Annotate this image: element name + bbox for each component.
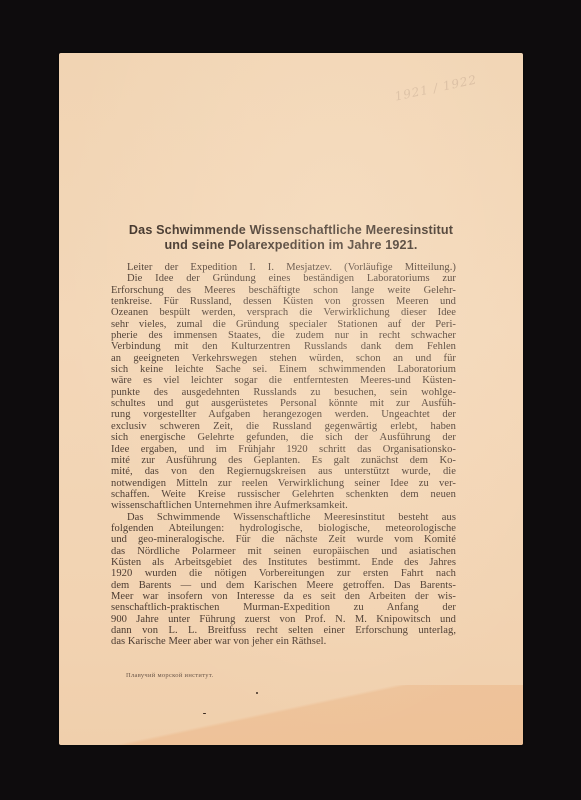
paper-speck bbox=[256, 692, 258, 694]
paper-speck bbox=[203, 713, 206, 714]
text-line: Das Schwimmende Wissenschaftliche Meeres… bbox=[111, 512, 456, 523]
text-line: senschaftlich-praktischen Murman-Expedit… bbox=[111, 602, 456, 613]
document-body: Leiter der Expedition I. I. Mesjatzev. (… bbox=[111, 262, 456, 648]
pencil-annotation: 1921 / 1922 bbox=[393, 72, 478, 103]
text-line: wissenschaftlichen Unternehmen ihre Aufm… bbox=[111, 500, 456, 511]
text-line: sich energische Gelehrte gefunden, die s… bbox=[111, 432, 456, 443]
text-line: exclusiv schweren Zeit, die Russland geg… bbox=[111, 421, 456, 432]
text-line: Die Idee der Gründung eines beständigen … bbox=[111, 273, 456, 284]
text-line: das Nördliche Polarmeer mit seinen europ… bbox=[111, 546, 456, 557]
text-line: Leiter der Expedition I. I. Mesjatzev. (… bbox=[111, 262, 456, 273]
text-line: Meer war insofern von Interesse da es se… bbox=[111, 591, 456, 602]
text-line: Idee ergaben, und im Frühjahr 1920 schri… bbox=[111, 444, 456, 455]
text-line: schultes und gut ausgerüstetes Personal … bbox=[111, 398, 456, 409]
text-line: rung vorgestellter Aufgaben herangezogen… bbox=[111, 409, 456, 420]
text-line: Verbindung mit den Kulturzentren Russlan… bbox=[111, 341, 456, 352]
text-line: sich keine leichte Sache sei. Einem schw… bbox=[111, 364, 456, 375]
document-title: Das Schwimmende Wissenschaftliche Meeres… bbox=[99, 223, 483, 253]
text-line: 900 Jahre unter Führung zuerst von Prof.… bbox=[111, 614, 456, 625]
text-line: mité zur Ausführung des Geplanten. Es ga… bbox=[111, 455, 456, 466]
text-line: pherie des immensen Staates, die zudem n… bbox=[111, 330, 456, 341]
text-line: notwendigen Mitteln zur reelen Verwirkli… bbox=[111, 478, 456, 489]
text-line: tenkreise. Für Russland, dessen Küsten v… bbox=[111, 296, 456, 307]
text-line: Erforschung des Meeres beschäftigte scho… bbox=[111, 285, 456, 296]
text-line: Küsten als Arbeitsgebiet des Institutes … bbox=[111, 557, 456, 568]
text-line: schaffen. Weite Kreise russischer Gelehr… bbox=[111, 489, 456, 500]
text-line: Ozeanen bespült werden, versprach die Ve… bbox=[111, 307, 456, 318]
text-line: 1920 wurden die nötigen Vorbereitungen z… bbox=[111, 568, 456, 579]
text-line: das Karische Meer aber war von jeher ein… bbox=[111, 636, 456, 647]
title-line-1: Das Schwimmende Wissenschaftliche Meeres… bbox=[99, 223, 483, 238]
text-line: folgenden Abteilungen: hydrologische, bi… bbox=[111, 523, 456, 534]
text-line: an geeigneten Verkehrswegen stehen würde… bbox=[111, 353, 456, 364]
footer-note: Плавучий морской институт. bbox=[126, 672, 213, 679]
text-line: punkte des ausgedehnten Russlands zu bes… bbox=[111, 387, 456, 398]
text-line: wäre es viel leichter sogar die entfernt… bbox=[111, 375, 456, 386]
text-line: dem Barents — und dem Karischen Meere ge… bbox=[111, 580, 456, 591]
text-line: sehr vieles, zumal die Gründung speciale… bbox=[111, 319, 456, 330]
document-page: 1921 / 1922 Das Schwimmende Wissenschaft… bbox=[59, 53, 523, 745]
text-line: und geo-mineralogische. Für die nächste … bbox=[111, 534, 456, 545]
text-line: dann von L. L. Breitfuss recht selten ei… bbox=[111, 625, 456, 636]
text-line: mité, das von den Regiernugskreisen aus … bbox=[111, 466, 456, 477]
title-line-2: und seine Polarexpedition im Jahre 1921. bbox=[99, 238, 483, 253]
